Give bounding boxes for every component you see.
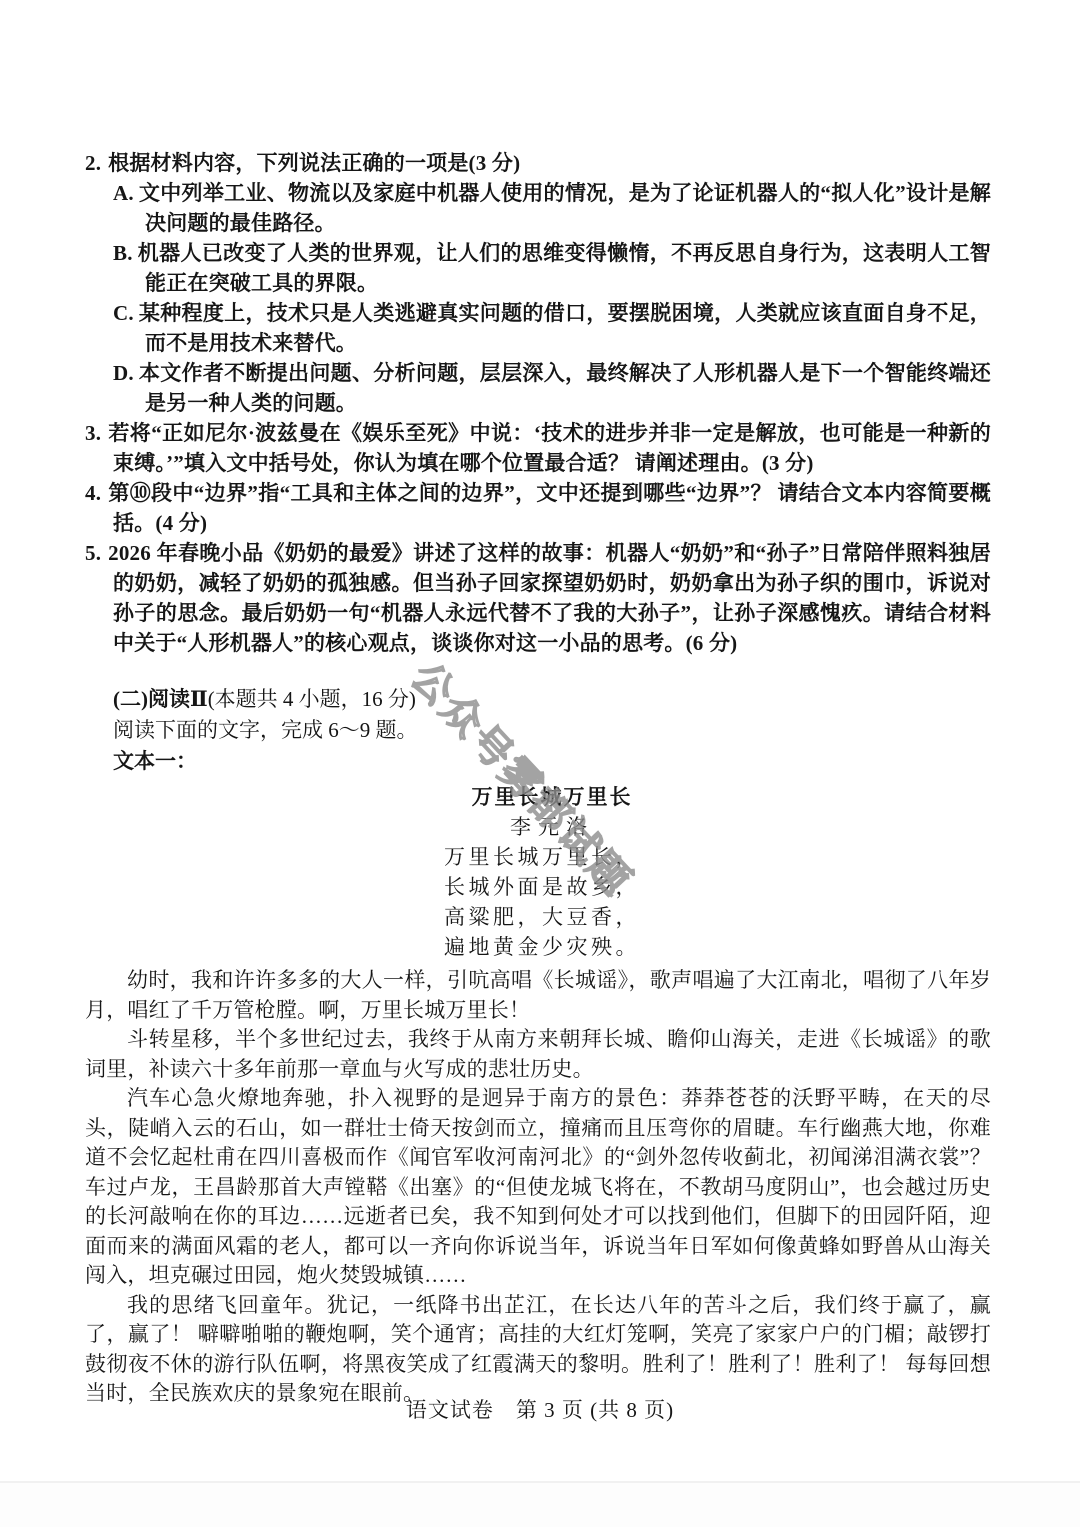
prose-paragraph-4: 我的思绪飞回童年。犹记，一纸降书出芷江，在长达八年的苦斗之后，我们终于赢了，赢了…	[85, 1291, 991, 1409]
section-2-block: (二)阅读Ⅱ(本题共 4 小题，16 分) 阅读下面的文字，完成 6～9 题。 …	[113, 684, 991, 777]
poem-line: 遍地黄金少灾殃。	[444, 932, 660, 962]
poem-author: 李元洛	[444, 812, 660, 842]
option-c-label: C.	[113, 301, 134, 325]
question-2-option-b: B.机器人已改变了人类的世界观，让人们的思维变得懒惰，不再反思自身行为，这表明人…	[85, 238, 991, 298]
option-d-label: D.	[113, 361, 134, 385]
poem-title: 万里长城万里长	[444, 782, 660, 812]
page-footer: 语文试卷 第 3 页 (共 8 页)	[0, 1394, 1080, 1424]
question-2-option-d: D.本文作者不断提出问题、分析问题，层层深入，最终解决了人形机器人是下一个智能终…	[85, 358, 991, 418]
scan-margin-below	[0, 1483, 1080, 1527]
question-2: 2.根据材料内容，下列说法正确的一项是(3 分)	[85, 148, 991, 178]
section-2-points: (本题共 4 小题，16 分)	[208, 687, 416, 711]
question-5-number: 5.	[85, 541, 101, 565]
poem: 万里长城万里长 李元洛 万里长城万里长， 长城外面是故乡， 高粱肥，大豆香， 遍…	[444, 782, 660, 962]
question-3-text: 若将“正如尼尔·波兹曼在《娱乐至死》中说：‘技术的进步并非一定是解放，也可能是一…	[108, 421, 991, 475]
option-a-text: 文中列举工业、物流以及家庭中机器人使用的情况，是为了论证机器人的“拟人化”设计是…	[139, 181, 991, 235]
question-2-option-c: C.某种程度上，技术只是人类逃避真实问题的借口，要摆脱困境，人类就应该直面自身不…	[85, 298, 991, 358]
option-c-text: 某种程度上，技术只是人类逃避真实问题的借口，要摆脱困境，人类就应该直面自身不足，…	[139, 301, 991, 355]
poem-line: 万里长城万里长，	[444, 842, 660, 872]
question-2-stem: 根据材料内容，下列说法正确的一项是(3 分)	[108, 151, 520, 175]
text-one-label: 文本一：	[113, 746, 991, 777]
prose-paragraph-1: 幼时，我和许许多多的大人一样，引吭高唱《长城谣》，歌声唱遍了大江南北，唱彻了八年…	[85, 966, 991, 1025]
question-2-number: 2.	[85, 151, 101, 175]
question-5-text: 2026 年春晚小品《奶奶的最爱》讲述了这样的故事：机器人“奶奶”和“孙子”日常…	[108, 541, 991, 655]
question-2-option-a: A.文中列举工业、物流以及家庭中机器人使用的情况，是为了论证机器人的“拟人化”设…	[85, 178, 991, 238]
poem-line: 高粱肥，大豆香，	[444, 902, 660, 932]
section-2-heading: (二)阅读Ⅱ(本题共 4 小题，16 分)	[113, 684, 991, 715]
question-4-number: 4.	[85, 481, 101, 505]
option-b-text: 机器人已改变了人类的世界观，让人们的思维变得懒惰，不再反思自身行为，这表明人工智…	[138, 241, 991, 295]
prose-paragraph-2: 斗转星移，半个多世纪过去，我终于从南方来朝拜长城、瞻仰山海关，走进《长城谣》的歌…	[85, 1025, 991, 1084]
question-4-text: 第⑩段中“边界”指“工具和主体之间的边界”，文中还提到哪些“边界”？ 请结合文本…	[108, 481, 991, 535]
exam-paper-page: 公众号雾都试题 2.根据材料内容，下列说法正确的一项是(3 分) A.文中列举工…	[0, 0, 1080, 1527]
question-4: 4.第⑩段中“边界”指“工具和主体之间的边界”，文中还提到哪些“边界”？ 请结合…	[85, 478, 991, 538]
prose-paragraph-3: 汽车心急火燎地奔驰，扑入视野的是迥异于南方的景色：莽莽苍苍的沃野平畴，在天的尽头…	[85, 1084, 991, 1291]
option-b-label: B.	[113, 241, 133, 265]
question-5: 5.2026 年春晚小品《奶奶的最爱》讲述了这样的故事：机器人“奶奶”和“孙子”…	[85, 538, 991, 658]
question-3: 3.若将“正如尼尔·波兹曼在《娱乐至死》中说：‘技术的进步并非一定是解放，也可能…	[85, 418, 991, 478]
section-2-intro: 阅读下面的文字，完成 6～9 题。	[113, 715, 991, 746]
page-content: 2.根据材料内容，下列说法正确的一项是(3 分) A.文中列举工业、物流以及家庭…	[85, 148, 991, 1409]
option-a-label: A.	[113, 181, 134, 205]
section-2-title: (二)阅读Ⅱ	[113, 687, 208, 711]
poem-line: 长城外面是故乡，	[444, 872, 660, 902]
option-d-text: 本文作者不断提出问题、分析问题，层层深入，最终解决了人形机器人是下一个智能终端还…	[139, 361, 991, 415]
question-3-number: 3.	[85, 421, 101, 445]
